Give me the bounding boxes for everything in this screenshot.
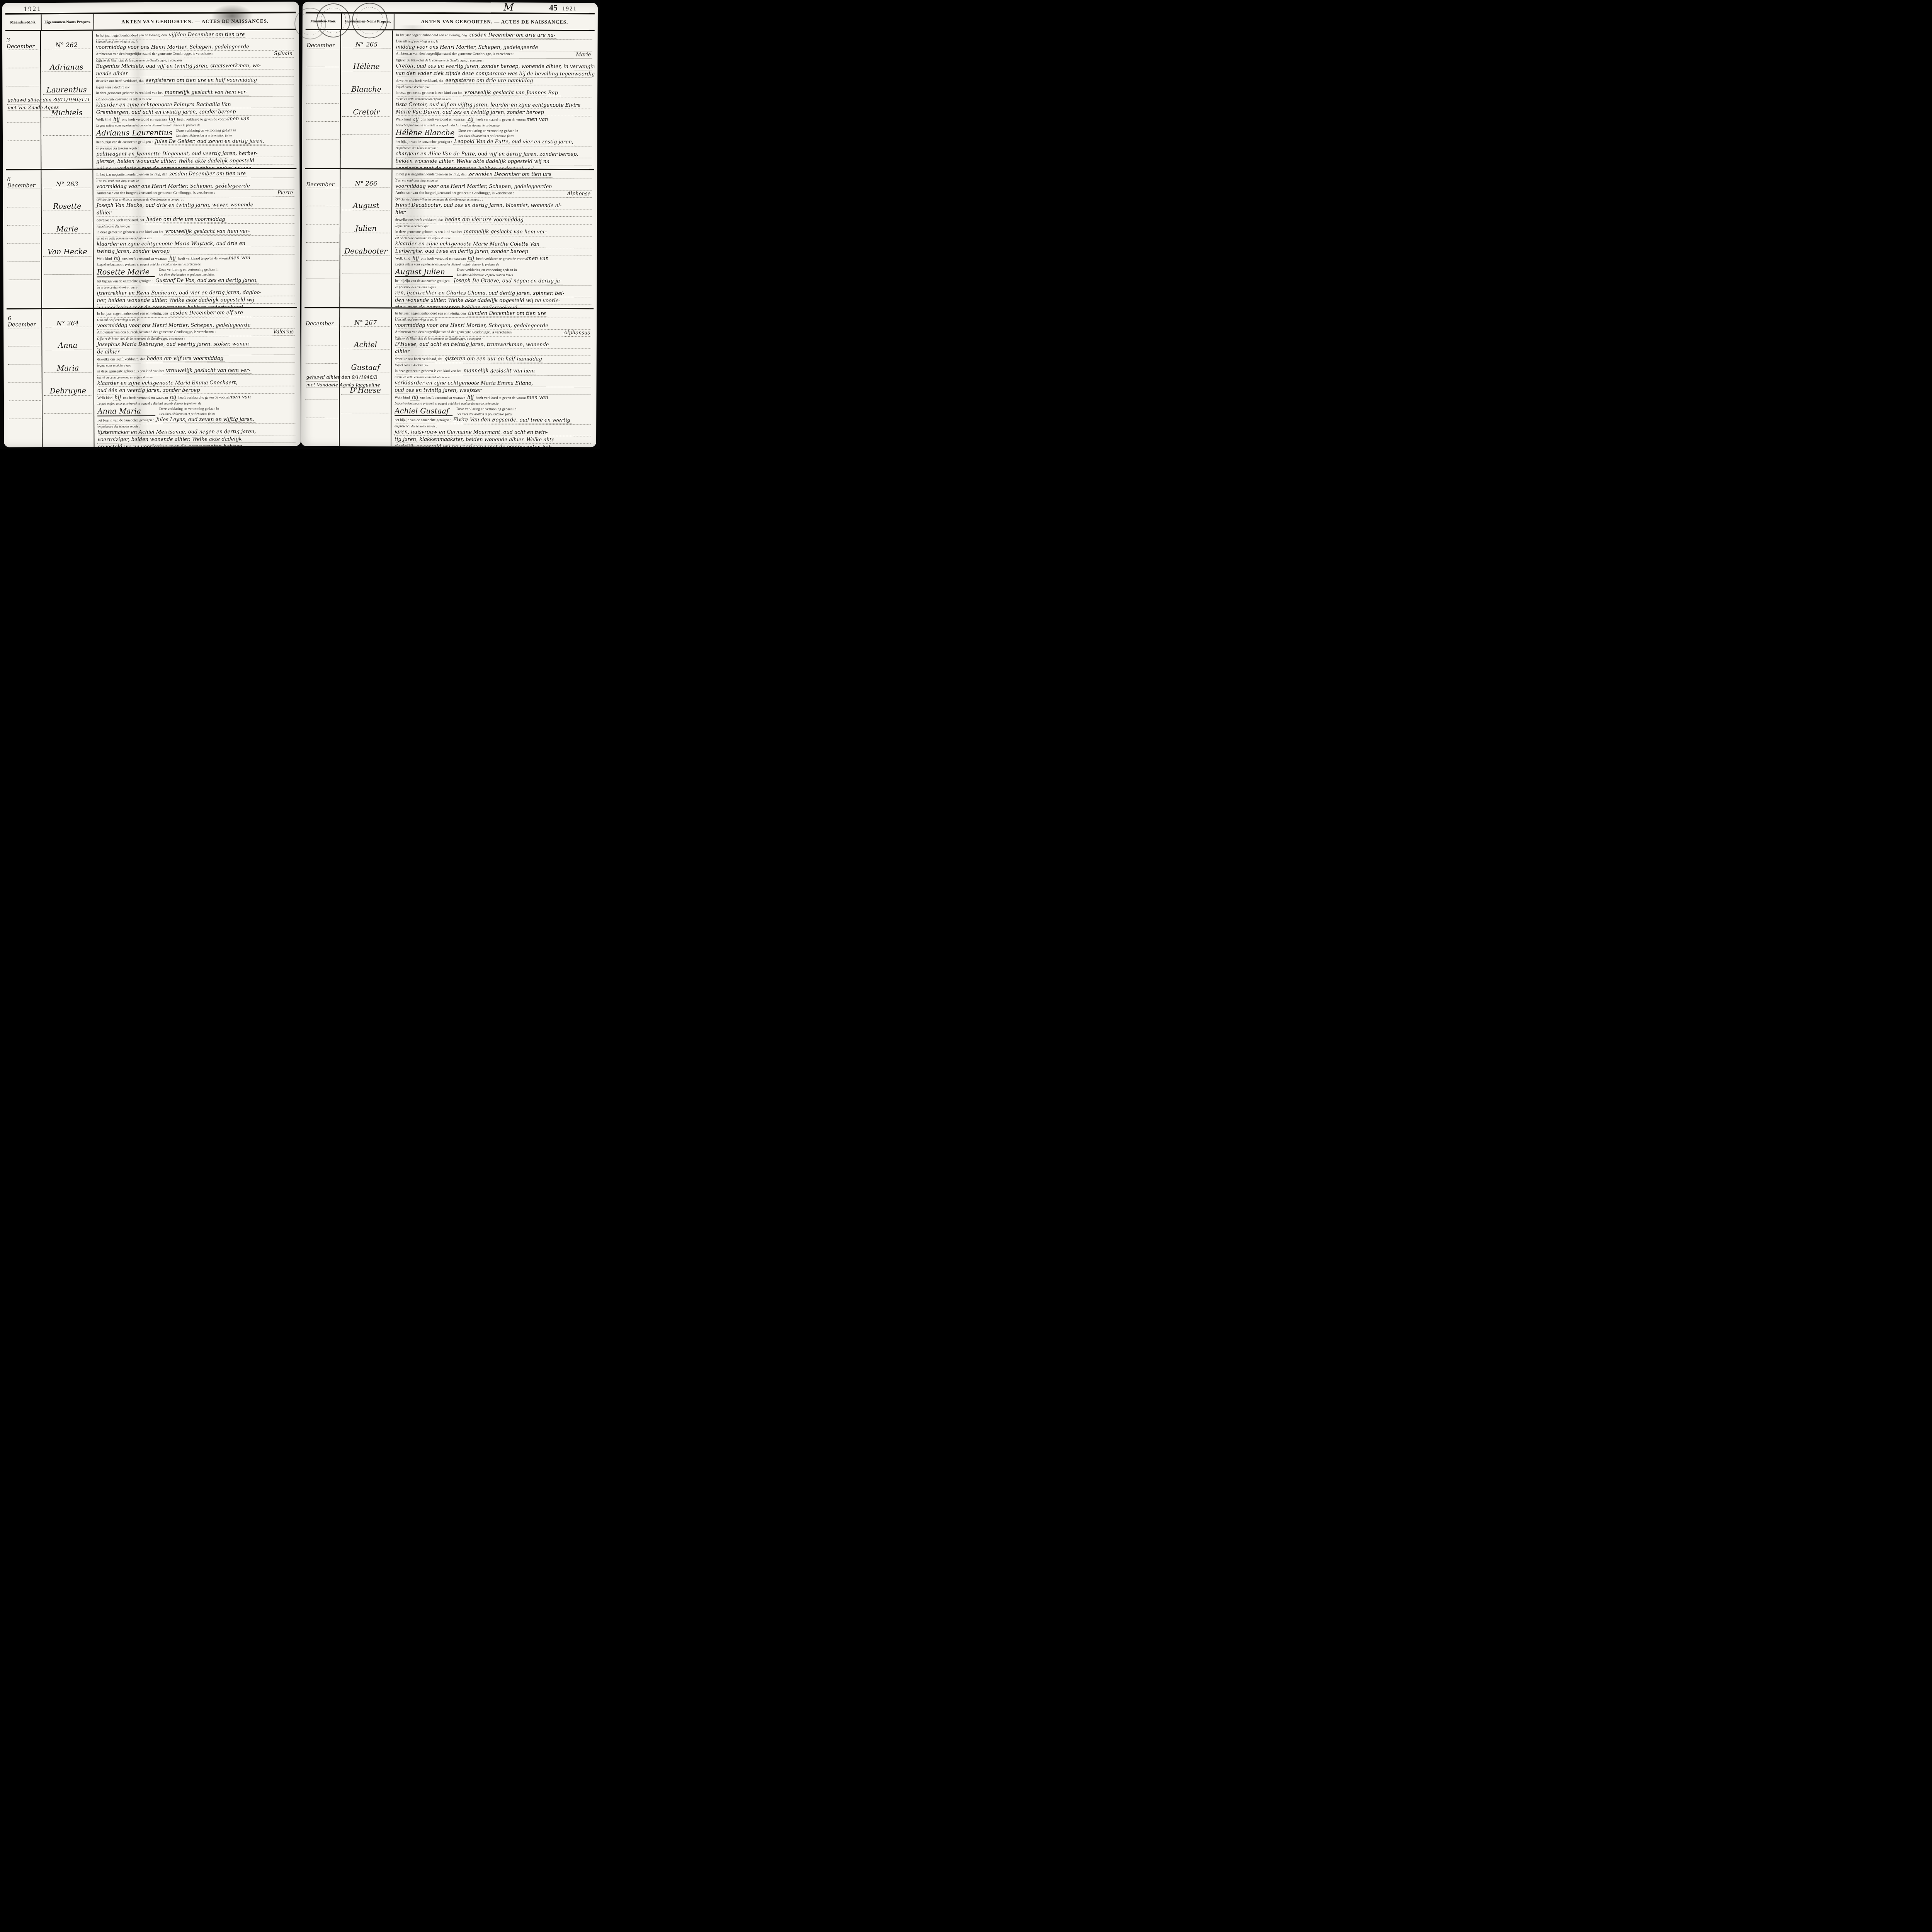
- month-column: December: [304, 169, 340, 307]
- dotted-line: [306, 49, 339, 67]
- dotted-line: [43, 257, 91, 275]
- handwritten-text: Cretoir, oud zes en veertig jaren, zonde…: [396, 63, 594, 70]
- printed-text: In het jaar negentienhonderd een en twin…: [395, 312, 466, 316]
- witness-line: het bijzijn van de aanzochte getuigen : …: [97, 277, 295, 285]
- handwritten-text: van den vader ziek zijnde deze comparant…: [396, 71, 594, 77]
- printed-text: ons heeft vertoond en waaraan: [421, 118, 466, 122]
- handwritten-sex: vrouwelijk geslacht van hem ver-: [165, 367, 252, 374]
- printed-text: dewelke ons heeft verklaard, dat: [395, 357, 442, 361]
- officer-line: voormiddag voor ons Henri Mortier, Schep…: [395, 322, 591, 330]
- parents-line: Lerberghe, oud twee en dertig jaren, zon…: [395, 248, 592, 256]
- handwritten-text: oud zes en twintig jaren, weefster: [395, 388, 481, 394]
- handwritten-sex: mannelijk geslacht van hem: [463, 368, 536, 374]
- name-text: Cretoir: [353, 108, 379, 116]
- handwritten-time: eergisteren om drie ure namiddag: [444, 78, 534, 84]
- witness-names: Leopold Van de Putte, oud vier en zestig…: [453, 139, 575, 145]
- handwritten-text: alhier: [395, 349, 410, 355]
- document-scan: 1921 Maanden-Mois. Eigennamen-Noms Propr…: [0, 0, 600, 449]
- register-page-left: 1921 Maanden-Mois. Eigennamen-Noms Propr…: [2, 2, 301, 447]
- year-line: In het jaar negentienhonderd een en twin…: [395, 310, 591, 318]
- witness-detail: voerreiziger, beiden wonende alhier. Wel…: [97, 435, 295, 443]
- handwritten-text: zing met de comparanten hebben onderteek…: [395, 305, 517, 308]
- pronoun: hij: [168, 116, 177, 122]
- handwritten-text: beiden wonende alhier. Welke akte dadeli…: [396, 158, 549, 165]
- handwritten-text: nende alhier: [96, 71, 128, 77]
- printed-text: Les dites déclaration et présentation fa…: [456, 412, 516, 417]
- act-text: In het jaar negentienhonderd een en twin…: [93, 30, 297, 168]
- note-text: gehuwd alhier den 30/11/1946/171: [8, 97, 90, 103]
- handwritten-text: Henri Decabooter, oud zes en dertig jare…: [395, 202, 561, 209]
- official-line: Ambtenaar van den burgerlijkenstand der …: [395, 190, 592, 198]
- declaration-line: dewelke ons heeft verklaard, dat eergist…: [96, 77, 294, 85]
- name-text: Anna: [58, 341, 78, 350]
- witness-line: het bijzijn van de aanzochte getuigen : …: [96, 138, 294, 146]
- comparant-name: Alphonsus: [563, 330, 591, 337]
- entry-date-line: December: [306, 170, 338, 188]
- act-text: In het jaar negentienhonderd een en twin…: [391, 308, 594, 447]
- given-names-row: August Julien Deze verklaring en vertoon…: [395, 267, 592, 278]
- child-name-line: Blanche: [342, 71, 390, 94]
- witness-detail: gierste, beiden wonende alhier. Welke ak…: [96, 157, 294, 165]
- printed-text: In het jaar negentienhonderd een en twin…: [396, 34, 467, 38]
- printed-text: heeft verklaard te geven de voorna: [476, 118, 527, 122]
- dotted-line: [306, 243, 338, 261]
- entry-date-line: December: [306, 309, 338, 327]
- dotted-line: [305, 400, 338, 418]
- witness-detail: politieagent en Jeannette Diegenant, oud…: [96, 150, 294, 158]
- given-names: August Julien: [395, 268, 453, 277]
- printed-text: Welk kind: [395, 257, 410, 261]
- printed-text: Les dites déclaration et présentation fa…: [159, 272, 219, 277]
- child-name-line: Cretoir: [342, 94, 390, 117]
- witness-detail: lijstenmaker en Achiel Meirisonne, oud n…: [97, 428, 295, 436]
- dotted-line: [306, 206, 338, 224]
- handwritten-text: klaarder en zijne echtgenoote Marie Mart…: [395, 241, 539, 247]
- name-text: Decabooter: [344, 247, 388, 255]
- given-names: Achiel Gustaaf: [395, 407, 452, 417]
- act-number-text: N° 262: [55, 41, 78, 49]
- officer-line: middag voor ons Henri Mortier, Schepen, …: [396, 44, 592, 52]
- comparant-line: alhier: [395, 348, 591, 356]
- handwritten-suffix: men van: [229, 394, 251, 400]
- dotted-line: [44, 396, 92, 414]
- pronoun: hij: [466, 255, 475, 262]
- child-name-line: August: [342, 187, 390, 210]
- declaration-note: Deze verklaring en vertooning gedaan inL…: [158, 267, 218, 277]
- child-presented-line-fr: Lequel enfant nous a présenté et auquel …: [97, 401, 295, 406]
- comparant-line: Joseph Van Hecke, oud drie en twintig ja…: [97, 201, 294, 209]
- witness-line: het bijzijn van de aanzochte getuigen : …: [395, 277, 591, 286]
- comparant-line: Cretoir, oud zes en veertig jaren, zonde…: [396, 63, 592, 71]
- marginal-note: gehuwd alhier den 30/11/1946/171met Van …: [8, 96, 92, 112]
- child-presented-line-fr: Lequel enfant nous a présenté et auquel …: [395, 262, 592, 267]
- handwritten-text: na voorlezing met de comparanten hebben …: [97, 304, 243, 308]
- child-presented-line: Welk kind hij ons heeft vertoond en waar…: [395, 255, 592, 263]
- given-names-row: Rosette Marie Deze verklaring en vertoon…: [97, 266, 294, 277]
- handwritten-text: alhier: [97, 210, 111, 216]
- parents-line: tista Cretoir, oud vijf en vijftig jaren…: [396, 101, 592, 109]
- handwritten-text: voorlezing met de comparanten hebben ond…: [395, 166, 534, 169]
- birth-line: in deze gemeente geboren is een kind van…: [96, 88, 294, 97]
- birth-act-267: December N° 267 Achiel Gustaaf D'Haese I…: [304, 308, 594, 447]
- officer-line: voormiddag voor ons Henri Mortier, Schep…: [96, 43, 294, 51]
- dotted-line: [341, 395, 389, 413]
- handwritten-text: klaarder en zijne echtgenoote Palmyra Ra…: [96, 102, 231, 108]
- birth-line: in deze gemeente geboren is een kind van…: [97, 228, 294, 236]
- child-name-line: Marie: [43, 211, 91, 234]
- birth-act-265: December N° 265 Hélène Blanche Cretoir I…: [305, 30, 594, 170]
- given-names: Rosette Marie: [97, 268, 155, 277]
- name-text: Achiel: [354, 340, 377, 349]
- given-names: Hélène Blanche: [396, 129, 454, 138]
- handwritten-suffix: men van: [526, 117, 548, 122]
- parents-line: verklaarder en zijne echtgenoote Maria E…: [395, 379, 591, 388]
- given-names-row: Hélène Blanche Deze verklaring en vertoo…: [396, 128, 592, 139]
- birth-act-262: 3 December N° 262 Adrianus Laurentius Mi…: [5, 30, 297, 170]
- printed-text: Deze verklaring en vertooning gedaan in: [458, 129, 518, 133]
- official-line: Ambtenaar van den burgerlijkenstand der …: [97, 328, 295, 337]
- printed-text: het bijzijn van de aanzochte getuigen :: [395, 418, 451, 423]
- printed-text: heeft verklaard te geven de voorna: [476, 257, 527, 261]
- witness-detail: voorlezing met de comparanten hebben ond…: [395, 165, 592, 169]
- handwritten-text: opgesteld wij na voorlezing met de compa…: [97, 444, 242, 447]
- printed-text: heeft verklaard te geven de voorna: [476, 396, 527, 400]
- child-presented-line: Welk kind hij ons heeft vertoond en waar…: [97, 393, 295, 401]
- child-name-line: Hélène: [342, 48, 390, 71]
- parents-line: klaarder en zijne echtgenoote Maria Wuyt…: [97, 240, 294, 248]
- birth-act-263: 6 December N° 263 Rosette Marie Van Heck…: [6, 169, 297, 309]
- child-presented-line-fr: Lequel enfant nous a présenté et auquel …: [396, 123, 592, 128]
- handwritten-text: Grembergen, oud acht en twintig jaren, z…: [96, 109, 236, 116]
- printed-text: het bijzijn van de aanzochte getuigen :: [395, 279, 451, 284]
- official-line: Ambtenaar van den burgerlijkenstand der …: [395, 329, 591, 337]
- name-column: N° 264 Anna Maria Debruyne: [42, 309, 95, 447]
- printed-text: dewelke ons heeft verklaard, dat: [96, 79, 143, 83]
- dotted-line: [7, 243, 40, 262]
- witness-line: het bijzijn van de aanzochte getuigen : …: [395, 417, 591, 425]
- child-name-line: Decabooter: [342, 233, 390, 256]
- witness-names: Elvire Van den Bogaerde, oud twee en vee…: [452, 417, 571, 423]
- witness-detail: dadelijk opgesteld wij na voorlezing met…: [395, 443, 591, 447]
- dotted-line: [306, 122, 339, 140]
- comparant-line: Josephus Maria Debruyne, oud veertig jar…: [97, 340, 295, 348]
- birth-line: in deze gemeente geboren is een kind van…: [395, 228, 592, 237]
- handwritten-text: klaarder en zijne echtgenoote Maria Emma…: [97, 380, 238, 386]
- handwritten-date: zesden December om drie ure na-: [468, 32, 556, 39]
- name-column: N° 263 Rosette Marie Van Hecke: [41, 170, 94, 308]
- parents-line: twintig jaren, zonder beroep: [97, 247, 294, 255]
- child-name-line: Achiel: [342, 327, 389, 349]
- comparant-line: Henri Decabooter, oud zes en dertig jare…: [395, 202, 592, 210]
- printed-text: Ambtenaar van den burgerlijkenstand der …: [96, 51, 214, 58]
- given-names-row: Anna Maria Deze verklaring en vertooning…: [97, 405, 295, 416]
- page-top-left: 1921: [2, 2, 299, 13]
- handwritten-text: wij na voorlezing met de comparanten heb…: [96, 165, 252, 169]
- declaration-note: Deze verklaring en vertooning gedaan inL…: [176, 128, 236, 138]
- printed-text: ons heeft vertoond en waaraan: [122, 118, 167, 122]
- printed-text: ons heeft vertoond en waaraan: [123, 396, 168, 400]
- name-text: Maria: [57, 364, 79, 372]
- witness-names: Jules Leyns, oud zeven en vijftig jaren,: [155, 417, 256, 423]
- child-name-line: Gustaaf: [342, 349, 389, 372]
- printed-text: in deze gemeente geboren is een kind van…: [395, 230, 462, 235]
- register-table-left: Maanden-Mois. Eigennamen-Noms Propres. A…: [5, 12, 298, 446]
- declaration-note: Deze verklaring en vertooning gedaan inL…: [457, 268, 517, 277]
- comparant-name: Marie: [575, 51, 592, 58]
- dotted-line: [7, 207, 40, 225]
- name-column: N° 265 Hélène Blanche Cretoir: [341, 30, 393, 168]
- month-column: 6 December: [6, 170, 42, 308]
- handwritten-text: jaren, huisvrouw en Germaine Mourmant, o…: [395, 429, 548, 435]
- witness-detail: ren, ijzertrekker en Charles Choma, oud …: [395, 289, 591, 298]
- column-header-acts: AKTEN VAN GEBOORTEN. — ACTES DE NAISSANC…: [94, 13, 296, 29]
- given-names-row: Achiel Gustaaf Deze verklaring en vertoo…: [395, 406, 591, 417]
- handwritten-time: gisteren om een uur en half namiddag: [443, 356, 543, 362]
- dotted-line: [8, 346, 40, 364]
- name-text: Gustaaf: [351, 363, 380, 372]
- dotted-line: [43, 117, 91, 136]
- handwritten-date: zevenden December om tien ure: [467, 171, 552, 178]
- printed-text: In het jaar negentienhonderd een en twin…: [97, 312, 168, 316]
- child-presented-line: Welk kind hij ons heeft vertoond en waar…: [96, 115, 294, 123]
- page-top-right: M 45 1921: [303, 2, 598, 13]
- entry-date: December: [306, 321, 334, 327]
- declaration-note: Deze verklaring en vertooning gedaan inL…: [159, 406, 219, 416]
- handwritten-text: Eugenius Michiels, oud vijf en twintig j…: [96, 63, 261, 70]
- comparant-line: van den vader ziek zijnde deze comparant…: [396, 70, 592, 78]
- printed-text: In het jaar negentienhonderd een en twin…: [96, 34, 167, 38]
- printed-text: Les dites déclaration et présentation fa…: [458, 133, 518, 138]
- birth-act-266: December N° 266 August Julien Decabooter…: [304, 169, 594, 310]
- act-number-text: N° 263: [56, 180, 78, 188]
- act-number: N° 264: [44, 310, 92, 328]
- printed-text: Deze verklaring en vertooning gedaan in: [158, 268, 218, 272]
- handwritten-text: de alhier: [97, 349, 120, 355]
- year-line: In het jaar negentienhonderd een en twin…: [395, 171, 592, 179]
- act-number: N° 267: [342, 309, 389, 327]
- witness-line: het bijzijn van de aanzochte getuigen : …: [396, 138, 592, 147]
- child-presented-line-fr: Lequel enfant nous a présenté et auquel …: [97, 262, 294, 267]
- printed-text: heeft verklaard te geven de voorna: [179, 396, 230, 400]
- printed-text: in deze gemeente geboren is een kind van…: [395, 369, 462, 374]
- printed-text: Welk kind: [396, 118, 411, 122]
- handwritten-suffix: men van: [527, 256, 549, 262]
- handwritten-text: middag voor ons Henri Mortier, Schepen, …: [396, 44, 538, 51]
- handwritten-text: Marie Van Duren, oud zes en twintig jare…: [396, 109, 544, 116]
- officer-line: voormiddag voor ons Henri Mortier, Schep…: [395, 183, 592, 191]
- comparant-line: hier: [395, 209, 592, 217]
- witness-detail: chargeur en Alice Van de Putte, oud vijf…: [396, 150, 592, 158]
- handwritten-text: Lerberghe, oud twee en dertig jaren, zon…: [395, 248, 528, 255]
- child-name-line: Laurentius: [43, 72, 90, 95]
- printed-text: in deze gemeente geboren is een kind van…: [96, 91, 163, 95]
- entry-date-line: 6 December: [8, 310, 40, 328]
- printed-text: het bijzijn van de aanzochte getuigen :: [396, 140, 452, 145]
- declaration-line: dewelke ons heeft verklaard, dat heden o…: [97, 355, 295, 363]
- comparant-line: D'Haese, oud acht en twintig jaren, tram…: [395, 341, 591, 349]
- officer-line: voormiddag voor ons Henri Mortier, Schep…: [97, 182, 294, 190]
- witness-detail: wij na voorlezing met de comparanten heb…: [96, 164, 294, 168]
- declaration-note: Deze verklaring en vertooning gedaan inL…: [456, 407, 516, 417]
- printed-text: Ambtenaar van den burgerlijkenstand der …: [396, 51, 515, 58]
- witness-detail: beiden wonende alhier. Welke akte dadeli…: [396, 158, 592, 166]
- handwritten-text: voerreiziger, beiden wonende alhier. Wel…: [97, 436, 242, 443]
- parents-line: oud één en veertig jaren, zonder beroep: [97, 386, 295, 394]
- pronoun: hij: [411, 255, 420, 262]
- birth-line: in deze gemeente geboren is een kind van…: [395, 367, 591, 376]
- witness-detail: opgesteld wij na voorlezing met de compa…: [97, 442, 295, 447]
- printed-text: dewelke ons heeft verklaard, dat: [396, 79, 443, 83]
- child-presented-line: Welk kind hij ons heeft vertoond en waar…: [97, 254, 294, 262]
- declaration-line: dewelke ons heeft verklaard, dat heden o…: [395, 216, 592, 225]
- comparant-line: Eugenius Michiels, oud vijf en twintig j…: [96, 62, 294, 70]
- printed-text: Deze verklaring en vertooning gedaan in: [159, 407, 219, 411]
- handwritten-suffix: men van: [527, 395, 548, 401]
- dotted-line: [306, 345, 338, 364]
- act-text: In het jaar negentienhonderd een en twin…: [94, 308, 298, 447]
- handwritten-sex: mannelijk geslacht van hem ver-: [163, 89, 248, 96]
- pronoun: hij: [169, 395, 178, 401]
- dotted-line: [306, 188, 338, 206]
- child-presented-line-fr: Lequel enfant nous a présenté et auquel …: [395, 401, 591, 406]
- declaration-note: Deze verklaring en vertooning gedaan inL…: [458, 129, 518, 138]
- entry-date-line: 3 December: [7, 32, 39, 50]
- handwritten-text: tista Cretoir, oud vijf en vijftig jaren…: [396, 102, 580, 109]
- printed-text: het bijzijn van de aanzochte getuigen :: [96, 140, 153, 145]
- printed-text: Welk kind: [395, 396, 410, 400]
- parents-line: Grembergen, oud acht en twintig jaren, z…: [96, 108, 294, 116]
- column-header-names: Eigennamen-Noms Propres.: [42, 14, 94, 30]
- dotted-line: [306, 104, 339, 122]
- handwritten-suffix: men van: [228, 116, 250, 122]
- official-line: Ambtenaar van den burgerlijkenstand der …: [96, 50, 294, 58]
- year-line: In het jaar negentienhonderd een en twin…: [396, 32, 592, 40]
- comparant-line: alhier: [97, 208, 294, 216]
- handwritten-date: tienden December om tien ure: [467, 310, 547, 317]
- year-label: 1921: [24, 5, 42, 13]
- witness-names: Joseph De Graeve, oud negen en dertig ja…: [452, 278, 563, 284]
- dotted-line: [8, 328, 40, 346]
- handwritten-text: ijzertrekker en Remi Bonheure, oud vier …: [97, 290, 262, 296]
- handwritten-suffix: men van: [229, 255, 250, 261]
- handwritten-date: vijfden December om tien ure: [168, 32, 246, 38]
- comparant-name: Pierre: [276, 189, 294, 196]
- given-names: Anna Maria: [97, 407, 155, 417]
- handwritten-initial: M: [503, 2, 514, 14]
- handwritten-text: tig jaren, klakkenmaakster, beiden wonen…: [395, 437, 554, 443]
- official-line: Ambtenaar van den burgerlijkenstand der …: [396, 51, 592, 59]
- printed-text: dewelke ons heeft verklaard, dat: [97, 218, 144, 223]
- note-text: met Vandaele Agnès Jacqueline: [306, 382, 380, 388]
- printed-text: Welk kind: [97, 257, 112, 261]
- printed-text: Welk kind: [97, 396, 112, 400]
- handwritten-text: chargeur en Alice Van de Putte, oud vijf…: [396, 151, 578, 158]
- postmark-stamp-icon: [294, 8, 326, 39]
- comparant-name: Sylvain: [273, 50, 294, 57]
- act-number-text: N° 266: [355, 180, 378, 187]
- handwritten-text: politieagent en Jeannette Diegenant, oud…: [96, 151, 258, 157]
- handwritten-time: eergisteren om tien ure en half voormidd…: [145, 77, 258, 84]
- printed-text: Ambtenaar van den burgerlijkenstand der …: [395, 190, 514, 197]
- witness-names: Jules De Gelder, oud zeven en dertig jar…: [154, 138, 265, 145]
- handwritten-text: oud één en veertig jaren, zonder beroep: [97, 387, 200, 393]
- pronoun: hij: [113, 395, 122, 401]
- act-number-text: N° 264: [56, 320, 79, 327]
- act-number: N° 263: [43, 171, 91, 189]
- entry-date: 3 December: [7, 37, 39, 49]
- note-text: gehuwd alhier den 9/1/1946/B: [306, 374, 378, 381]
- witness-names: Gustaaf De Vos, oud zes en dertig jaren,: [154, 277, 259, 284]
- column-header-acts: AKTEN VAN GEBOORTEN. — ACTES DE NAISSANC…: [395, 14, 595, 30]
- handwritten-time: heden om vijf ure voormiddag: [146, 355, 224, 362]
- entry-date: 6 December: [7, 176, 39, 189]
- dotted-line: [306, 85, 339, 104]
- dotted-line: [8, 383, 41, 401]
- year-label: 1921: [562, 6, 577, 12]
- pronoun: hij: [112, 116, 121, 122]
- declaration-line: dewelke ons heeft verklaard, dat eergist…: [396, 77, 592, 86]
- printed-text: in deze gemeente geboren is een kind van…: [396, 91, 463, 95]
- pronoun: zij: [466, 116, 474, 122]
- comparant-name: Alphonse: [566, 190, 592, 197]
- handwritten-text: hier: [395, 210, 406, 216]
- handwritten-text: den wonende alhier. Welke akte dadelijk …: [395, 298, 560, 304]
- handwritten-text: ren, ijzertrekker en Charles Choma, oud …: [395, 290, 564, 297]
- parents-line: klaarder en zijne echtgenoote Palmyra Ra…: [96, 100, 294, 109]
- dotted-line: [306, 67, 339, 85]
- name-text: Debruyne: [50, 387, 86, 395]
- act-text: In het jaar negentienhonderd een en twin…: [93, 169, 297, 308]
- handwritten-text: voormiddag voor ons Henri Mortier, Schep…: [97, 322, 250, 329]
- dotted-line: [342, 256, 390, 274]
- birth-line: in deze gemeente geboren is een kind van…: [396, 89, 592, 98]
- witness-detail: tig jaren, klakkenmaakster, beiden wonen…: [395, 436, 591, 444]
- handwritten-text: voormiddag voor ons Henri Mortier, Schep…: [97, 183, 250, 190]
- comparant-line: de alhier: [97, 347, 295, 355]
- handwritten-text: voormiddag voor ons Henri Mortier, Schep…: [96, 44, 249, 51]
- name-text: Rosette: [53, 202, 81, 211]
- printed-text: ons heeft vertoond en waaraan: [421, 257, 466, 261]
- entry-date: December: [307, 43, 335, 49]
- handwritten-text: ner, beiden wonende alhier. Welke akte d…: [97, 297, 254, 304]
- dotted-line: [342, 117, 390, 135]
- dotted-line: [306, 224, 338, 243]
- note-text: met Van Zande Agnes: [8, 105, 59, 111]
- official-line: Ambtenaar van den burgerlijkenstand der …: [97, 189, 294, 197]
- birth-act-264: 6 December N° 264 Anna Maria Debruyne In…: [7, 308, 298, 447]
- dotted-line: [8, 364, 41, 383]
- handwritten-time: heden om vier ure voormiddag: [444, 217, 525, 223]
- column-header-month: Maanden-Mois.: [5, 14, 42, 30]
- parents-line: Marie Van Duren, oud zes en twintig jare…: [396, 109, 592, 117]
- handwritten-text: gierste, beiden wonende alhier. Welke ak…: [96, 158, 254, 165]
- witness-detail: ijzertrekker en Remi Bonheure, oud vier …: [97, 289, 295, 297]
- printed-text: Ambtenaar van den burgerlijkenstand der …: [97, 329, 216, 336]
- printed-text: dewelke ons heeft verklaard, dat: [395, 218, 443, 222]
- printed-text: in deze gemeente geboren is een kind van…: [97, 369, 164, 374]
- printed-text: Deze verklaring en vertooning gedaan in: [456, 407, 516, 412]
- dotted-line: [8, 401, 41, 419]
- handwritten-text: Joseph Van Hecke, oud drie en twintig ja…: [97, 202, 253, 209]
- printed-text: Ambtenaar van den burgerlijkenstand der …: [395, 329, 514, 337]
- printed-text: in deze gemeente geboren is een kind van…: [97, 230, 163, 235]
- child-name-line: Adrianus: [43, 49, 90, 72]
- birth-line: in deze gemeente geboren is een kind van…: [97, 367, 295, 375]
- year-line: In het jaar negentienhonderd een en twin…: [97, 309, 295, 318]
- dotted-line: [306, 261, 338, 279]
- printed-text: In het jaar negentienhonderd een en twin…: [395, 173, 466, 177]
- year-line: In het jaar negentienhonderd een en twin…: [96, 31, 294, 39]
